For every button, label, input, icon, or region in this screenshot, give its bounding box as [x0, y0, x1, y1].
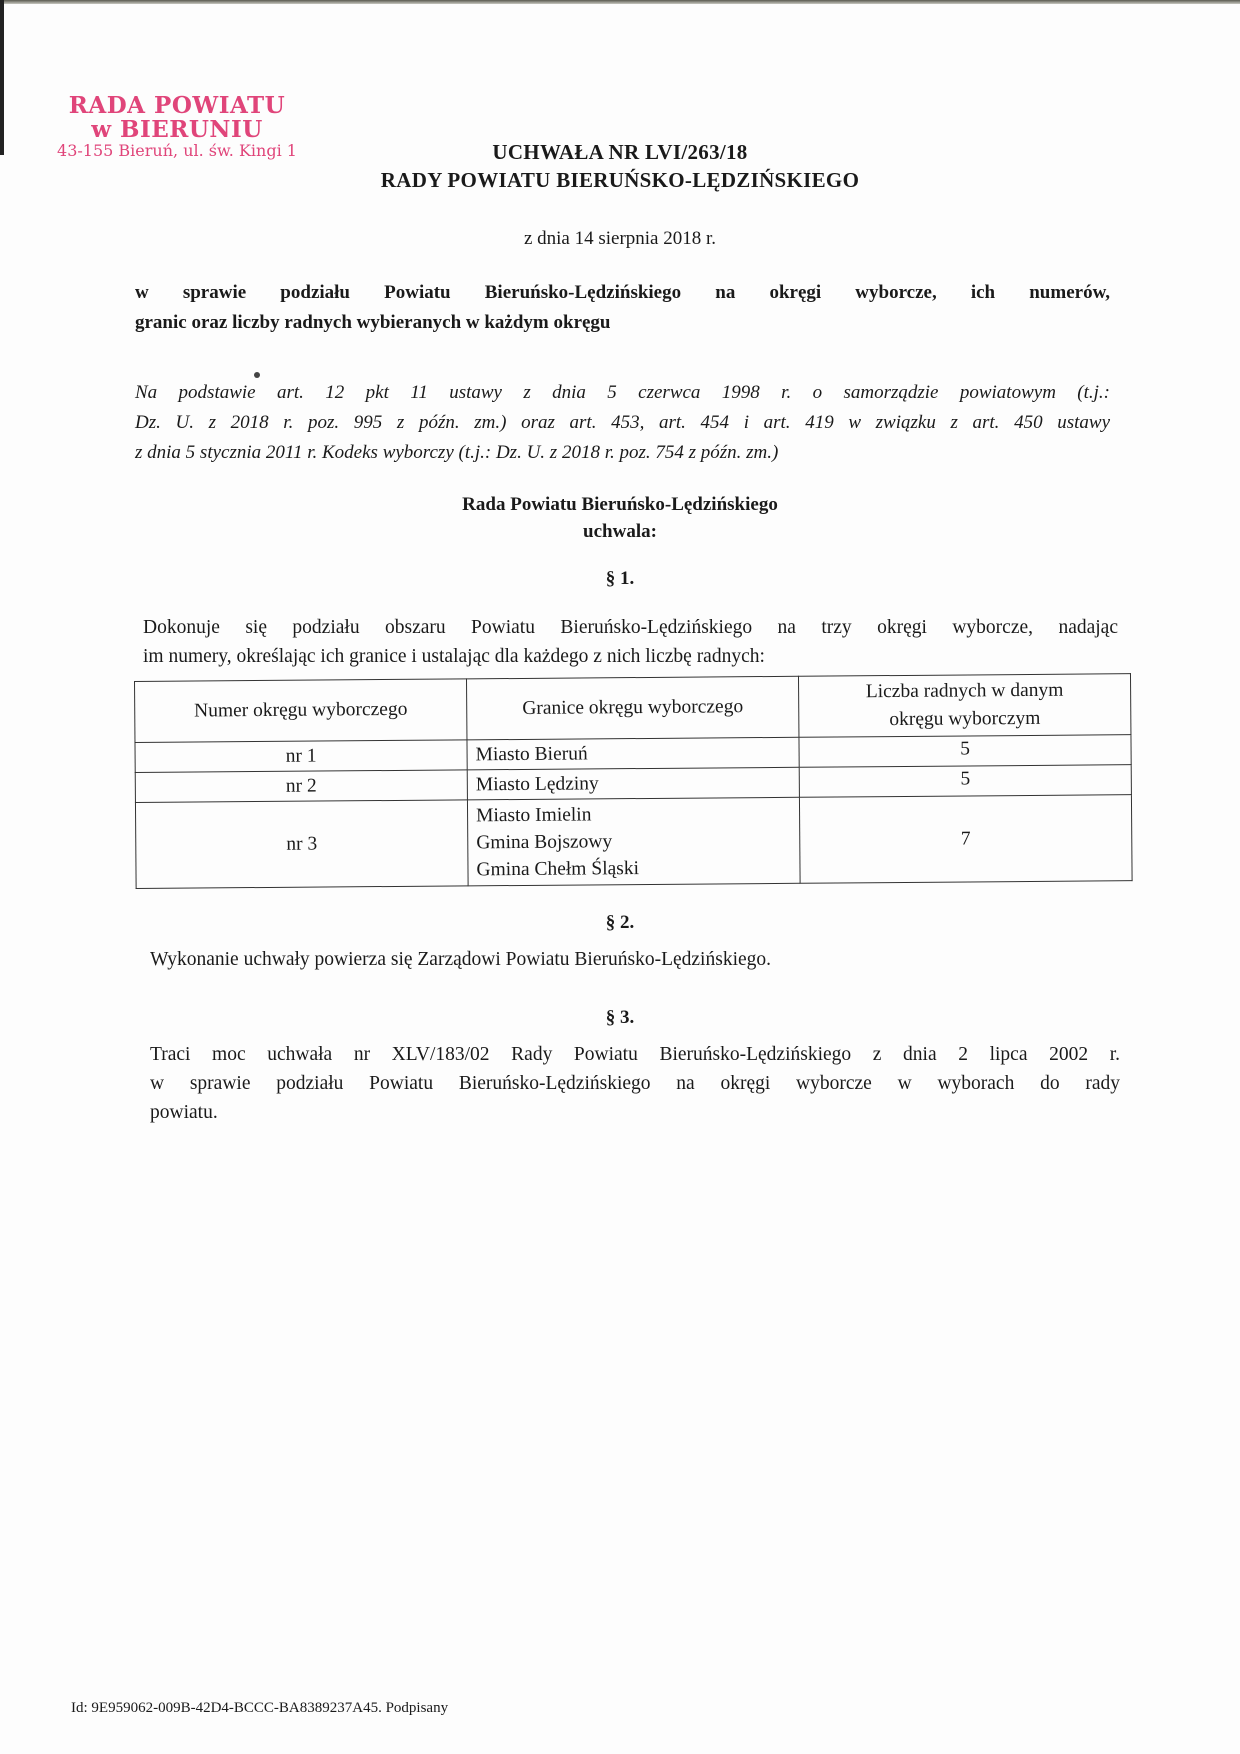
subject-line: w sprawie podziału Powiatu Bieruńsko-Lęd…: [135, 278, 1110, 308]
district-number: nr 3: [135, 800, 468, 889]
district-number: nr 1: [135, 740, 467, 773]
subject-line: granic oraz liczby radnych wybieranych w…: [135, 308, 1110, 338]
document-id-footer: Id: 9E959062-009B-42D4-BCCC-BA8389237A45…: [71, 1700, 448, 1717]
header-councillor-count-line: okręgu wyborczym: [807, 704, 1122, 734]
stamp-line-2: w BIERUNIU: [36, 119, 318, 141]
district-number: nr 2: [135, 770, 467, 803]
resolution-issuer: RADY POWIATU BIERUŃSKO-LĘDZIŃSKIEGO: [0, 168, 1240, 193]
enacting-verb: uchwala:: [0, 521, 1240, 543]
resolution-title: UCHWAŁA NR LVI/263/18: [0, 140, 1240, 165]
resolution-date: z dnia 14 sierpnia 2018 r.: [0, 228, 1240, 250]
scan-left-edge: [0, 0, 4, 155]
district-boundaries: Miasto Imielin Gmina Bojszowy Gmina Cheł…: [467, 797, 800, 886]
section-2-text: Wykonanie uchwały powierza się Zarządowi…: [150, 945, 1125, 974]
boundary-item: Gmina Chełm Śląski: [476, 854, 791, 883]
boundary-item: Miasto Imielin: [476, 800, 791, 829]
enacting-council: Rada Powiatu Bieruńsko-Lędzińskiego: [0, 494, 1240, 516]
section-2-sign: § 2.: [0, 912, 1240, 934]
header-district-number: Numer okręgu wyborczego: [135, 679, 467, 743]
boundary-item: Gmina Bojszowy: [476, 827, 791, 856]
header-councillor-count: Liczba radnych w danym okręgu wyborczym: [798, 674, 1130, 738]
table-row: nr 3 Miasto Imielin Gmina Bojszowy Gmina…: [135, 795, 1132, 889]
district-boundaries: Miasto Bieruń: [467, 737, 799, 770]
section-3-line: powiatu.: [150, 1098, 1120, 1127]
electoral-districts-table: Numer okręgu wyborczego Granice okręgu w…: [134, 673, 1133, 889]
section-3-line: Traci moc uchwała nr XLV/183/02 Rady Pow…: [150, 1040, 1120, 1069]
resolution-subject: w sprawie podziału Powiatu Bieruńsko-Lęd…: [135, 278, 1110, 338]
section-1-text: Dokonuje się podziału obszaru Powiatu Bi…: [143, 613, 1118, 671]
section-1-line: im numery, określając ich granice i usta…: [143, 642, 1118, 671]
legal-basis-line: Dz. U. z 2018 r. poz. 995 z późn. zm.) o…: [135, 408, 1110, 438]
councillor-count: 5: [799, 735, 1131, 768]
section-3-text: Traci moc uchwała nr XLV/183/02 Rady Pow…: [150, 1040, 1120, 1127]
section-3-line: w sprawie podziału Powiatu Bieruńsko-Lęd…: [150, 1069, 1120, 1098]
section-2-line: Wykonanie uchwały powierza się Zarządowi…: [150, 945, 1125, 974]
legal-basis-line: z dnia 5 stycznia 2011 r. Kodeks wyborcz…: [135, 438, 1110, 468]
section-1-line: Dokonuje się podziału obszaru Powiatu Bi…: [143, 613, 1118, 642]
table-header-row: Numer okręgu wyborczego Granice okręgu w…: [135, 674, 1131, 743]
section-1-sign: § 1.: [0, 568, 1240, 590]
councillor-count: 7: [799, 795, 1132, 884]
district-boundaries: Miasto Lędziny: [467, 767, 799, 800]
header-councillor-count-line: Liczba radnych w danym: [807, 676, 1122, 706]
legal-basis: Na podstawie art. 12 pkt 11 ustawy z dni…: [135, 378, 1110, 468]
section-3-sign: § 3.: [0, 1007, 1240, 1029]
legal-basis-line: Na podstawie art. 12 pkt 11 ustawy z dni…: [135, 378, 1110, 408]
scan-top-edge: [0, 0, 1240, 4]
header-district-boundaries: Granice okręgu wyborczego: [466, 676, 798, 740]
councillor-count: 5: [799, 765, 1131, 798]
